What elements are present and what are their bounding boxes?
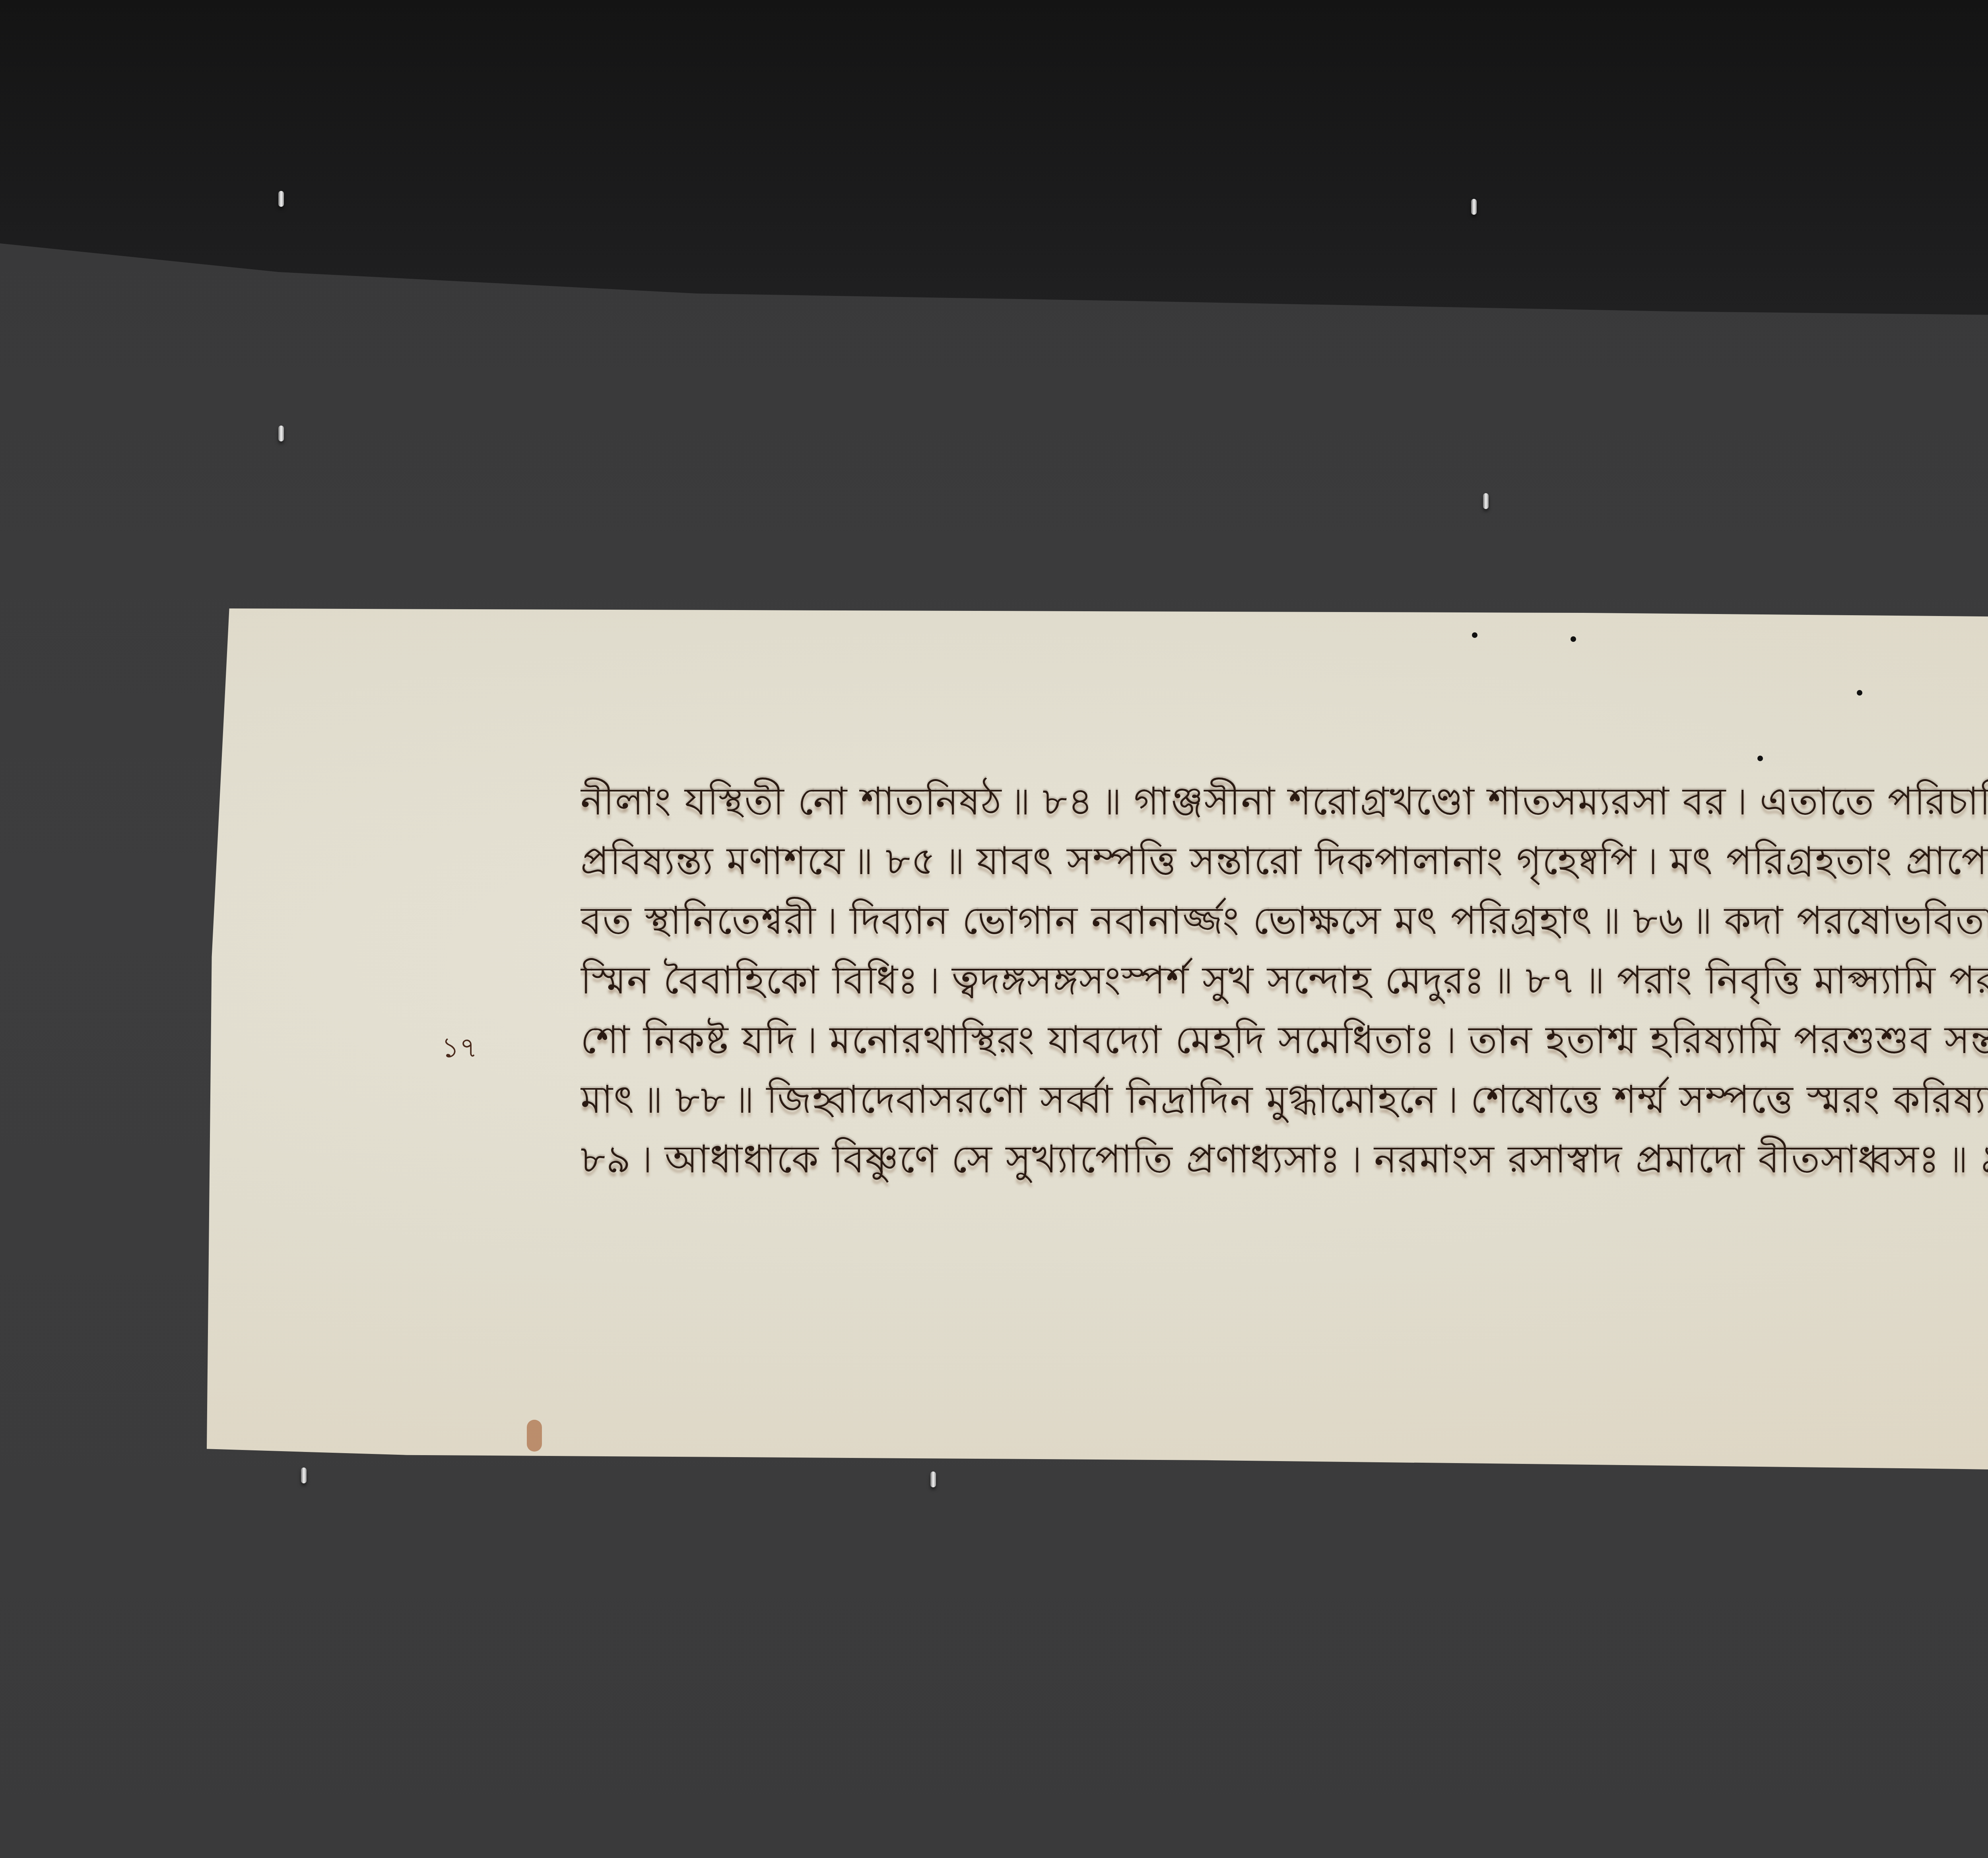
pin-4 xyxy=(278,426,284,441)
manuscript-line-5: শো নিকষ্ট যদি ৷ মনোরথাস্থিরং যাবদ্যো মেহ… xyxy=(580,1010,1988,1070)
ink-dot xyxy=(1757,756,1763,761)
pin-8 xyxy=(930,1471,936,1487)
pin-1 xyxy=(278,191,284,207)
manuscript-line-2: প্রবিষ্যন্ত্য মণাশযে ৷৷ ৮৫ ৷৷ যাবৎ সম্পত… xyxy=(580,831,1988,891)
manuscript-text-block: নীলাং যস্থিতী নো শাতনিষঠ ৷৷ ৮৪ ৷৷ গাঞ্জস… xyxy=(580,772,1988,1189)
ink-dot xyxy=(1472,632,1477,638)
reddish-stain-spot xyxy=(527,1420,542,1452)
manuscript-line-1: নীলাং যস্থিতী নো শাতনিষঠ ৷৷ ৮৪ ৷৷ গাঞ্জস… xyxy=(580,772,1988,831)
ink-dot xyxy=(1857,690,1862,696)
manuscript-line-6: মাৎ ৷৷ ৮৮ ৷৷ জিহ্বাদেবাসরণো সর্ব্বা নিদ্… xyxy=(580,1070,1988,1129)
left-margin-mark: ১৭ xyxy=(441,1026,478,1073)
pin-2 xyxy=(1471,199,1477,215)
pin-7 xyxy=(301,1467,307,1483)
pin-5 xyxy=(1483,493,1489,509)
ink-dot xyxy=(1571,636,1576,642)
manuscript-line-4: স্মিন বৈবাহিকো বিধিঃ ৷ ত্বদঙ্গসঙ্গসংস্পর… xyxy=(580,950,1988,1010)
black-fabric-band xyxy=(0,0,1988,358)
manuscript-line-7: ৮৯ ৷ আধাধাকে বিষ্ণুণে সে সুখ্যাপোতি প্রণ… xyxy=(580,1129,1988,1189)
manuscript-line-3: বত স্থানিতেশ্বরী ৷ দিব্যান ভোগান নবানার্… xyxy=(580,891,1988,950)
